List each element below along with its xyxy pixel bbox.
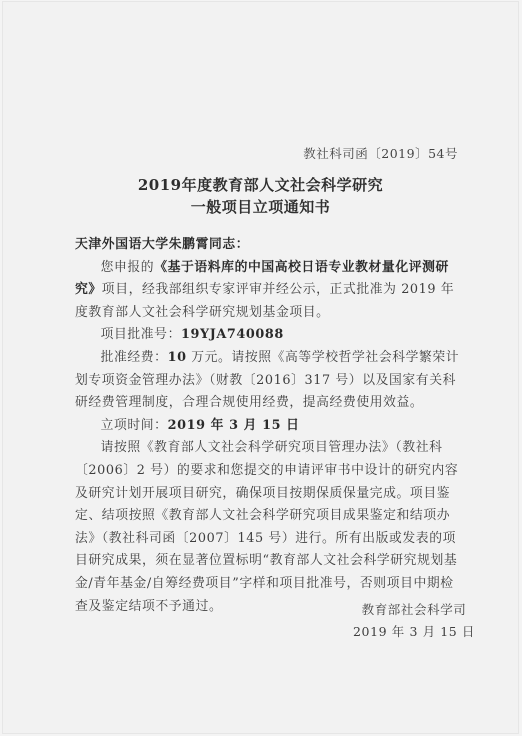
document-body: 天津外国语大学朱鹏霄同志： 您申报的《基于语料库的中国高校日语专业教材量化评测研… <box>75 234 461 618</box>
funding-paragraph: 批准经费：10 万元。请按照《高等学校哲学社会科学繁荣计划专项资金管理办法》（财… <box>75 347 461 415</box>
rules-paragraph: 请按照《教育部人文社会科学研究项目管理办法》（教社科〔2006〕2 号）的要求和… <box>75 437 461 618</box>
approval-date-line: 立项时间：2019 年 3 月 15 日 <box>75 415 461 438</box>
approval-number-label: 项目批准号： <box>101 327 181 342</box>
title-line-1: 2019年度教育部人文社会科学研究 <box>3 174 518 196</box>
para1-prefix: 您申报的 <box>101 260 155 275</box>
document-title: 2019年度教育部人文社会科学研究 一般项目立项通知书 <box>3 174 518 218</box>
signature-org: 教育部社会科学司 <box>353 599 475 621</box>
approval-paragraph: 您申报的《基于语料库的中国高校日语专业教材量化评测研究》项目，经我部组织专家评审… <box>75 257 461 325</box>
signature-block: 教育部社会科学司 2019 年 3 月 15 日 <box>353 599 475 643</box>
funding-amount: 10 <box>168 350 187 365</box>
funding-label: 批准经费： <box>101 350 168 365</box>
addressee: 天津外国语大学朱鹏霄同志： <box>75 234 461 257</box>
date-label: 立项时间： <box>101 418 168 433</box>
approval-number: 19YJA740088 <box>181 327 284 342</box>
para1-suffix: 项目，经我部组织专家评审并经公示，正式批准为 2019 年度教育部人文社会科学研… <box>75 282 454 320</box>
title-line-2: 一般项目立项通知书 <box>3 196 518 218</box>
document-number: 教社科司函〔2019〕54号 <box>303 144 458 162</box>
approval-number-line: 项目批准号：19YJA740088 <box>75 324 461 347</box>
signature-date: 2019 年 3 月 15 日 <box>353 621 475 643</box>
approval-date: 2019 年 3 月 15 日 <box>168 418 300 433</box>
document-page: 教社科司函〔2019〕54号 2019年度教育部人文社会科学研究 一般项目立项通… <box>2 1 519 734</box>
